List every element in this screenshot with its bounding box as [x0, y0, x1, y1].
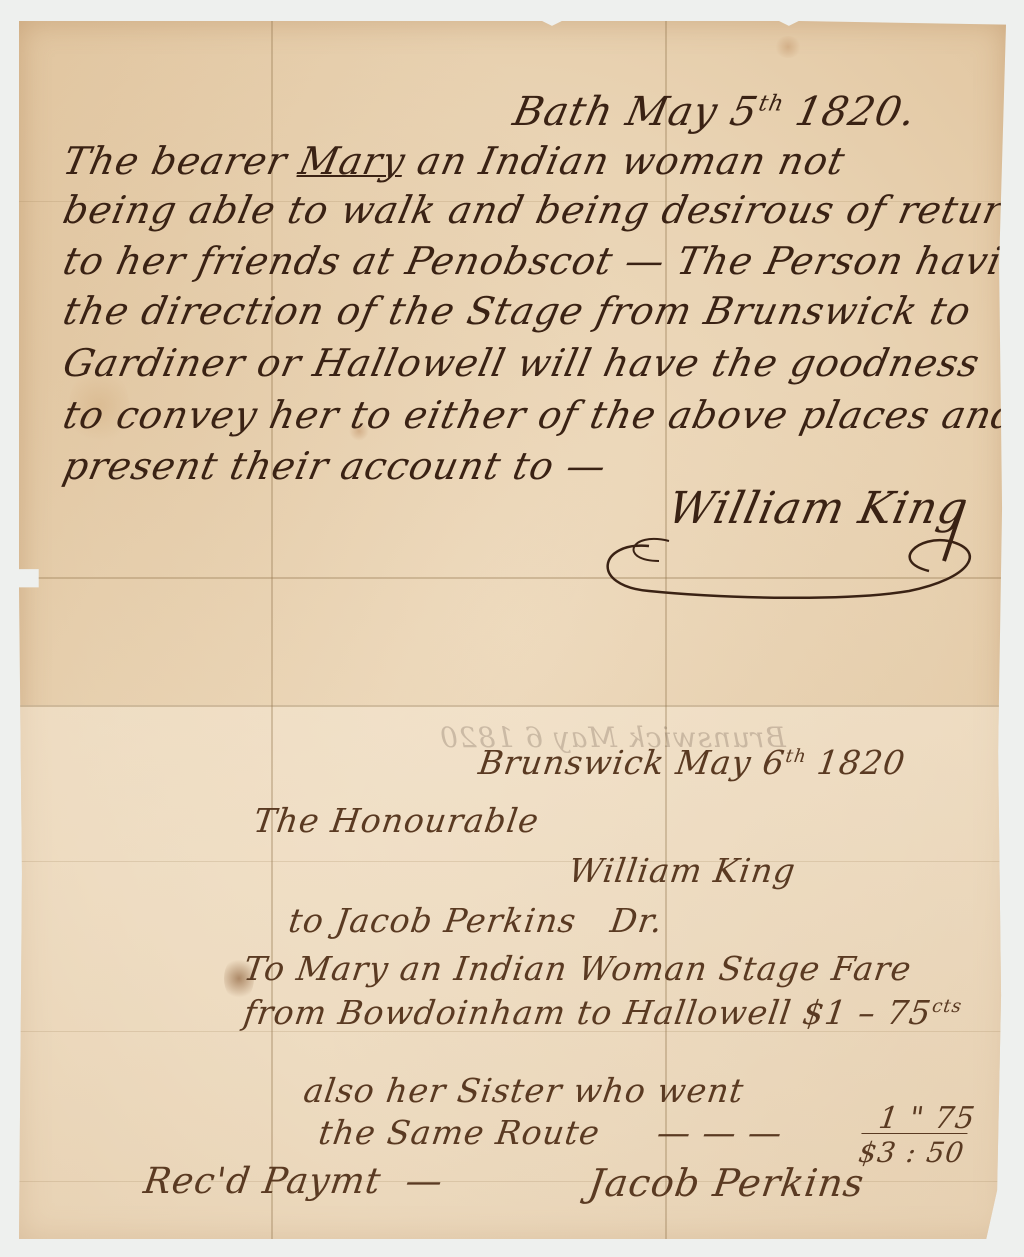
manuscript-page: Brunswick May 6 1820 Bath May 5th 1820. …: [19, 21, 1006, 1239]
received-dash: —: [403, 1161, 446, 1202]
receipt-item-1-line-1: To Mary an Indian Woman Stage Fare: [241, 949, 914, 988]
receipt-ordinal: th: [784, 746, 808, 767]
receipt-item-1-line-2: from Bowdoinham to Hallowell $1 – 75cts: [241, 993, 964, 1032]
letter-month-day: May 5: [622, 89, 762, 135]
letter-year: 1820.: [791, 89, 920, 135]
fold-line-horizontal-lower: [19, 705, 1006, 707]
debtor-abbrev: Dr.: [608, 901, 666, 940]
letter-text: an Indian woman not: [400, 139, 849, 183]
letter-line-2: being able to walk and being desirous of…: [59, 188, 1024, 232]
receipt-place-date: Brunswick May 6th 1820: [476, 743, 908, 782]
foxing-spot: [774, 36, 802, 58]
receipt-addressee: William King: [566, 851, 798, 890]
item-text: from Bowdoinham to Hallowell: [241, 993, 794, 1032]
receipt-total: $3 : 50: [856, 1133, 967, 1169]
letter-name-mary: Mary: [295, 139, 410, 183]
item-dash: — — —: [655, 1113, 785, 1152]
item-amount: $1 – 75: [800, 993, 934, 1032]
letter-place-date: Bath May 5th 1820.: [509, 89, 920, 135]
receipt-received-line: Rec'd Paymt —: [141, 1161, 446, 1202]
signature-flourish-icon: [589, 501, 1009, 621]
letter-line-5: Gardiner or Hallowell will have the good…: [59, 341, 984, 385]
receipt-month-day: May 6: [674, 743, 788, 782]
crease: [19, 861, 1006, 862]
receipt-item-2-line-1: also her Sister who went: [301, 1071, 746, 1110]
receipt-year: 1820: [815, 743, 908, 782]
letter-line-7: present their account to —: [59, 444, 610, 488]
receipt-place: Brunswick: [476, 743, 667, 782]
item-text: the Same Route: [316, 1113, 602, 1152]
receipt-signature: Jacob Perkins: [586, 1161, 867, 1205]
letter-line-3: to her friends at Penobscot — The Person…: [59, 239, 1024, 283]
letter-line-1: The bearer Mary an Indian woman not: [59, 139, 849, 183]
receipt-item-2-line-2: the Same Route — — —: [316, 1113, 785, 1152]
letter-line-4: the direction of the Stage from Brunswic…: [59, 289, 975, 333]
letter-line-6: to convey her to either of the above pla…: [59, 393, 1021, 437]
letter-text: The bearer: [59, 139, 304, 183]
creditor-name: to Jacob Perkins: [286, 901, 579, 940]
receipt-creditor-line: to Jacob Perkins Dr.: [286, 901, 665, 940]
letter-ordinal: th: [756, 92, 786, 117]
item-text: Mary an Indian Woman Stage Fare: [294, 949, 914, 988]
item-2-amount: 1 " 75: [877, 1101, 978, 1136]
item-cents-mark: cts: [931, 996, 964, 1017]
item-prefix: To: [241, 949, 288, 988]
letter-place: Bath: [509, 89, 618, 135]
received-payment: Rec'd Paymt: [141, 1161, 384, 1202]
receipt-salutation: The Honourable: [251, 801, 541, 840]
